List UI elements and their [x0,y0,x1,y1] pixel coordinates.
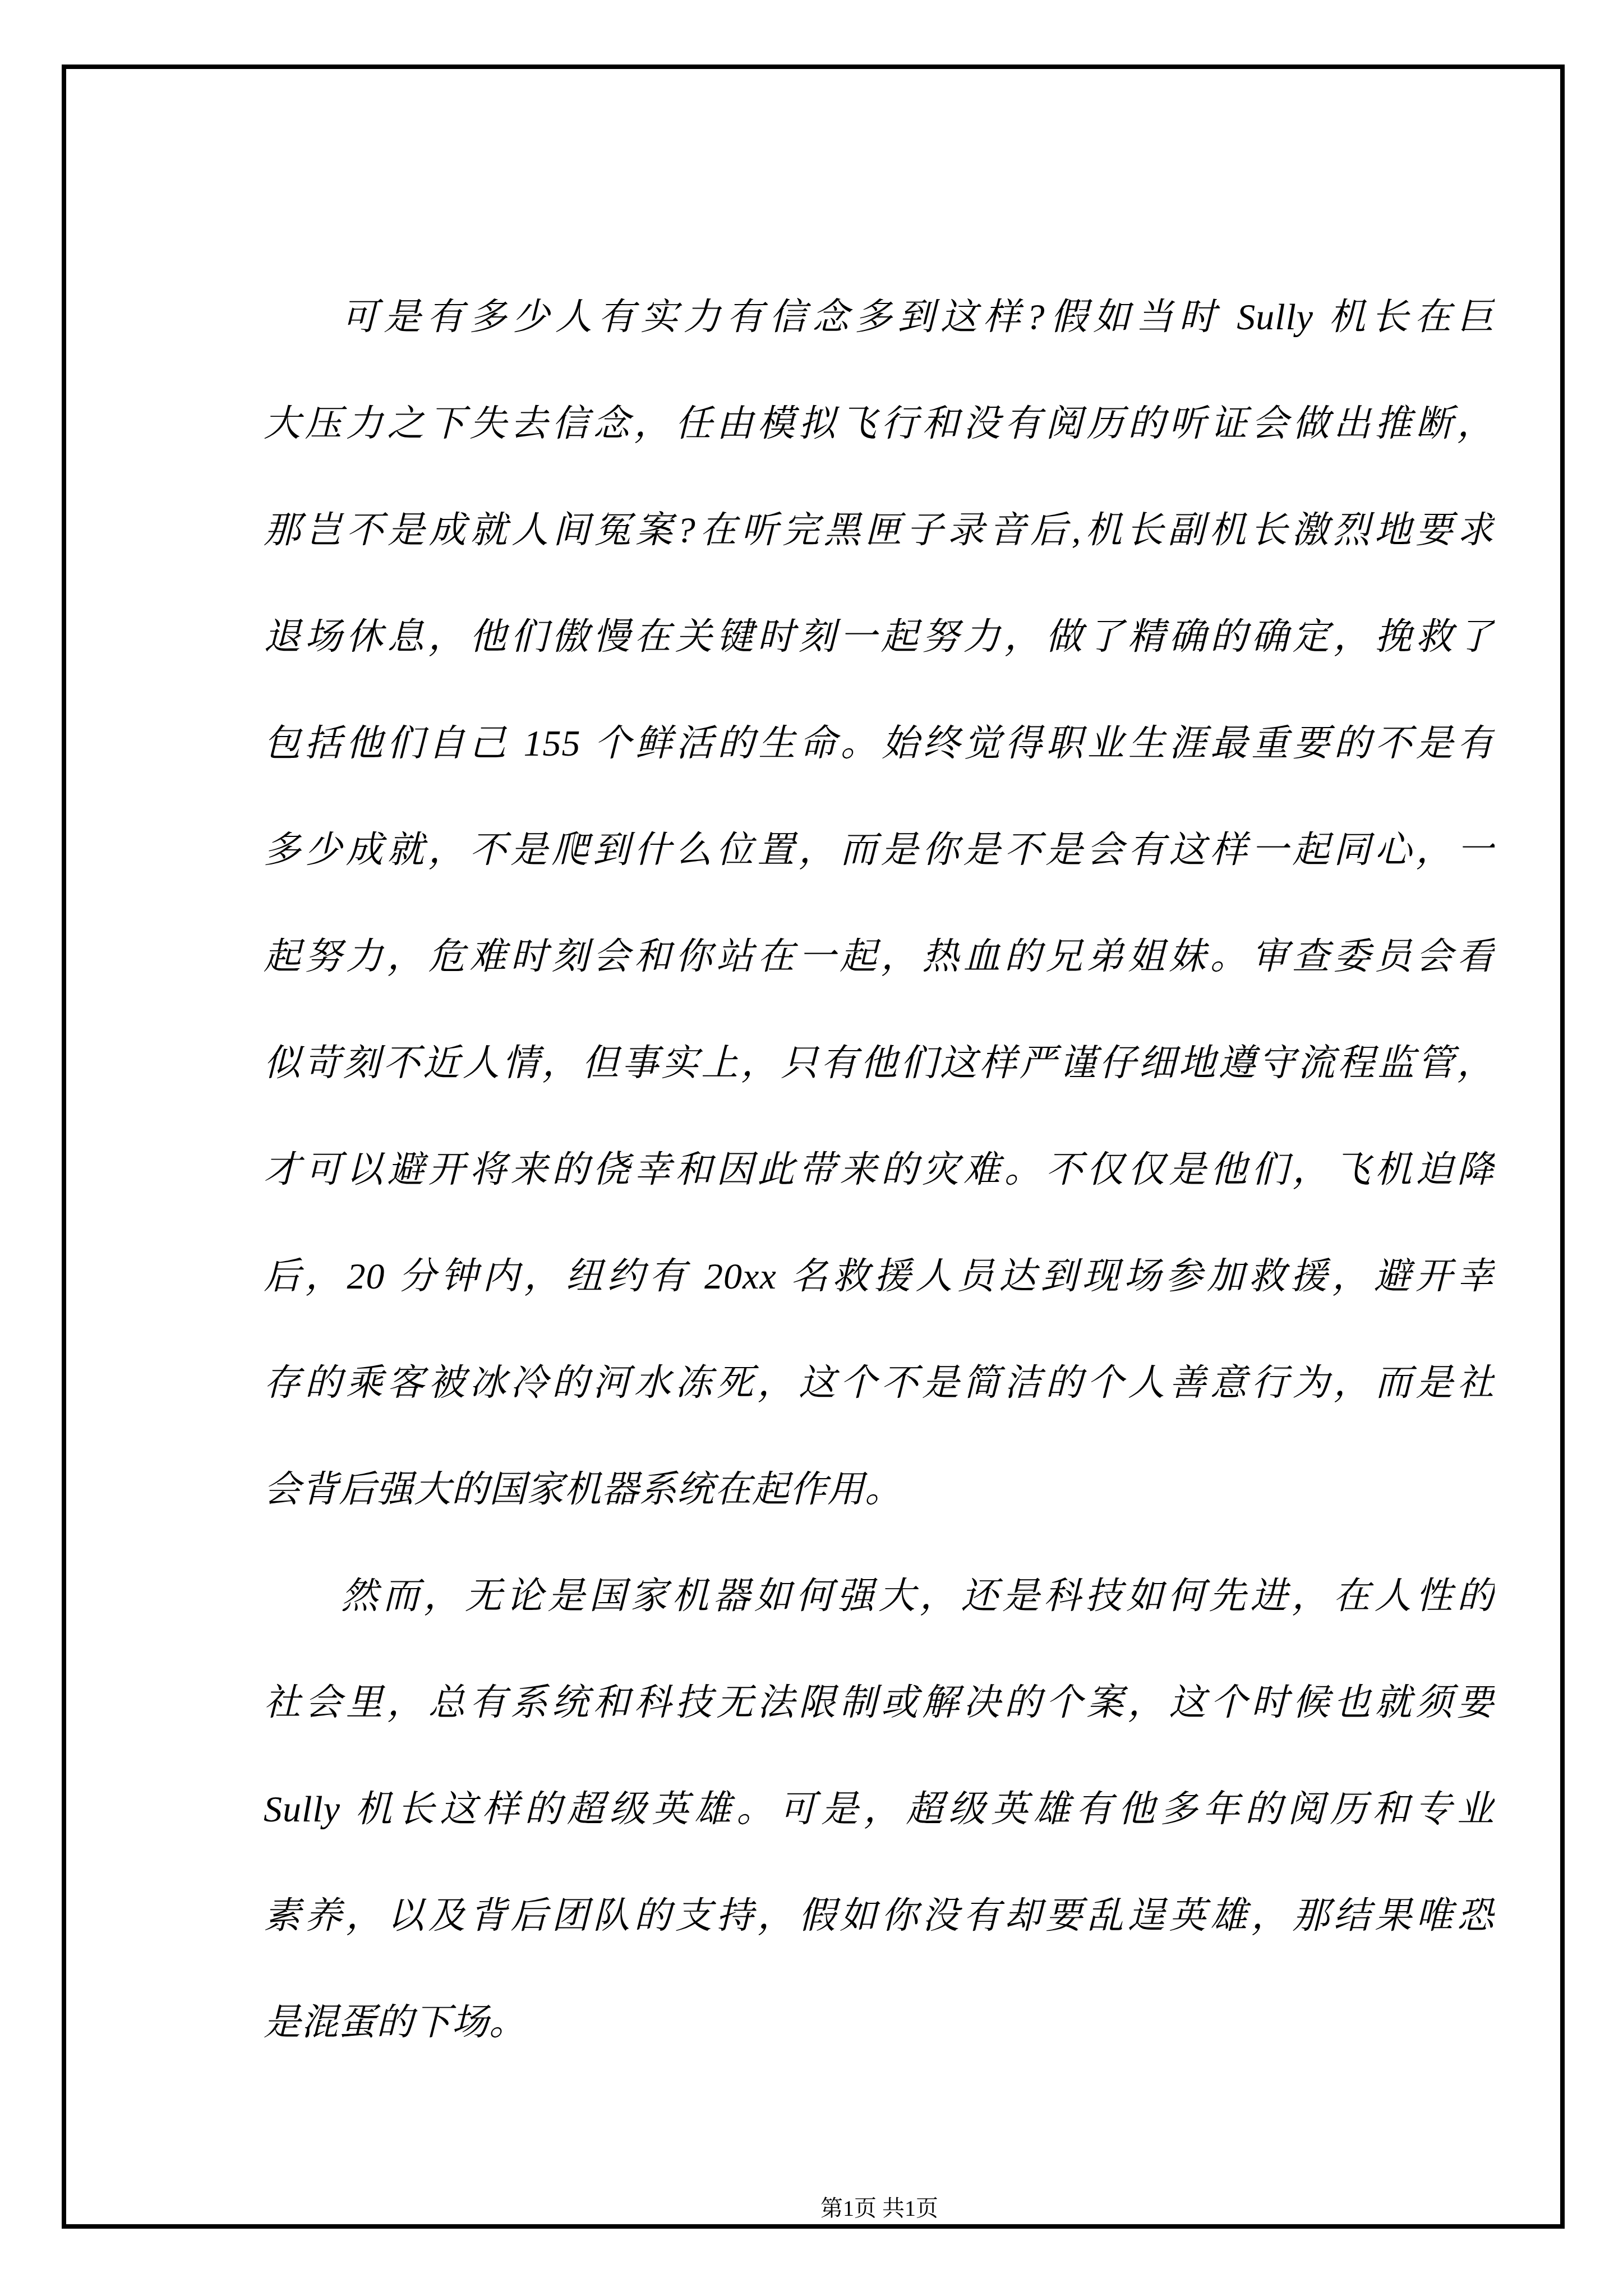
text-line: 素养，以及背后团队的支持，假如你没有却要乱逞英雄，那结果唯恐 [264,1863,1495,1970]
text-line: 退场休息，他们傲慢在关键时刻一起努力，做了精确的确定，挽救了 [264,584,1495,691]
page-number-label: 第1页 共1页 [820,2196,938,2221]
text-line: 似苛刻不近人情，但事实上，只有他们这样严谨仔细地遵守流程监管， [264,1010,1495,1117]
text-line: 然而，无论是国家机器如何强大，还是科技如何先进，在人性的 [264,1543,1495,1650]
text-line: Sully 机长这样的超级英雄。可是，超级英雄有他多年的阅历和专业 [264,1756,1495,1863]
text-line: 社会里，总有系统和科技无法限制或解决的个案，这个时候也就须要 [264,1650,1495,1756]
page-footer: 第1页 共1页 [128,2191,1623,2226]
text-line: 大压力之下失去信念，任由模拟飞行和没有阅历的听证会做出推断， [264,371,1495,477]
text-line: 是混蛋的下场。 [264,1970,1495,2076]
text-line: 才可以避开将来的侥幸和因此带来的灾难。不仅仅是他们，飞机迫降 [264,1117,1495,1223]
text-line: 存的乘客被冰冷的河水冻死，这个不是简洁的个人善意行为，而是社 [264,1330,1495,1437]
text-line: 会背后强大的国家机器系统在起作用。 [264,1437,1495,1543]
text-line: 后，20 分钟内，纽约有 20xx 名救援人员达到现场参加救援，避开幸 [264,1223,1495,1330]
text-line: 多少成就，不是爬到什么位置，而是你是不是会有这样一起同心，一 [264,797,1495,904]
document-body: 可是有多少人有实力有信念多到这样?假如当时 Sully 机长在巨大压力之下失去信… [264,264,1495,2076]
text-line: 起努力，危难时刻会和你站在一起，热血的兄弟姐妹。审查委员会看 [264,904,1495,1010]
text-line: 可是有多少人有实力有信念多到这样?假如当时 Sully 机长在巨 [264,264,1495,371]
page-border-frame: 可是有多少人有实力有信念多到这样?假如当时 Sully 机长在巨大压力之下失去信… [62,65,1565,2229]
text-line: 包括他们自己 155 个鲜活的生命。始终觉得职业生涯最重要的不是有 [264,691,1495,797]
document-page: 可是有多少人有实力有信念多到这样?假如当时 Sully 机长在巨大压力之下失去信… [0,0,1623,2296]
text-line: 那岂不是成就人间冤案?在听完黑匣子录音后,机长副机长激烈地要求 [264,477,1495,584]
